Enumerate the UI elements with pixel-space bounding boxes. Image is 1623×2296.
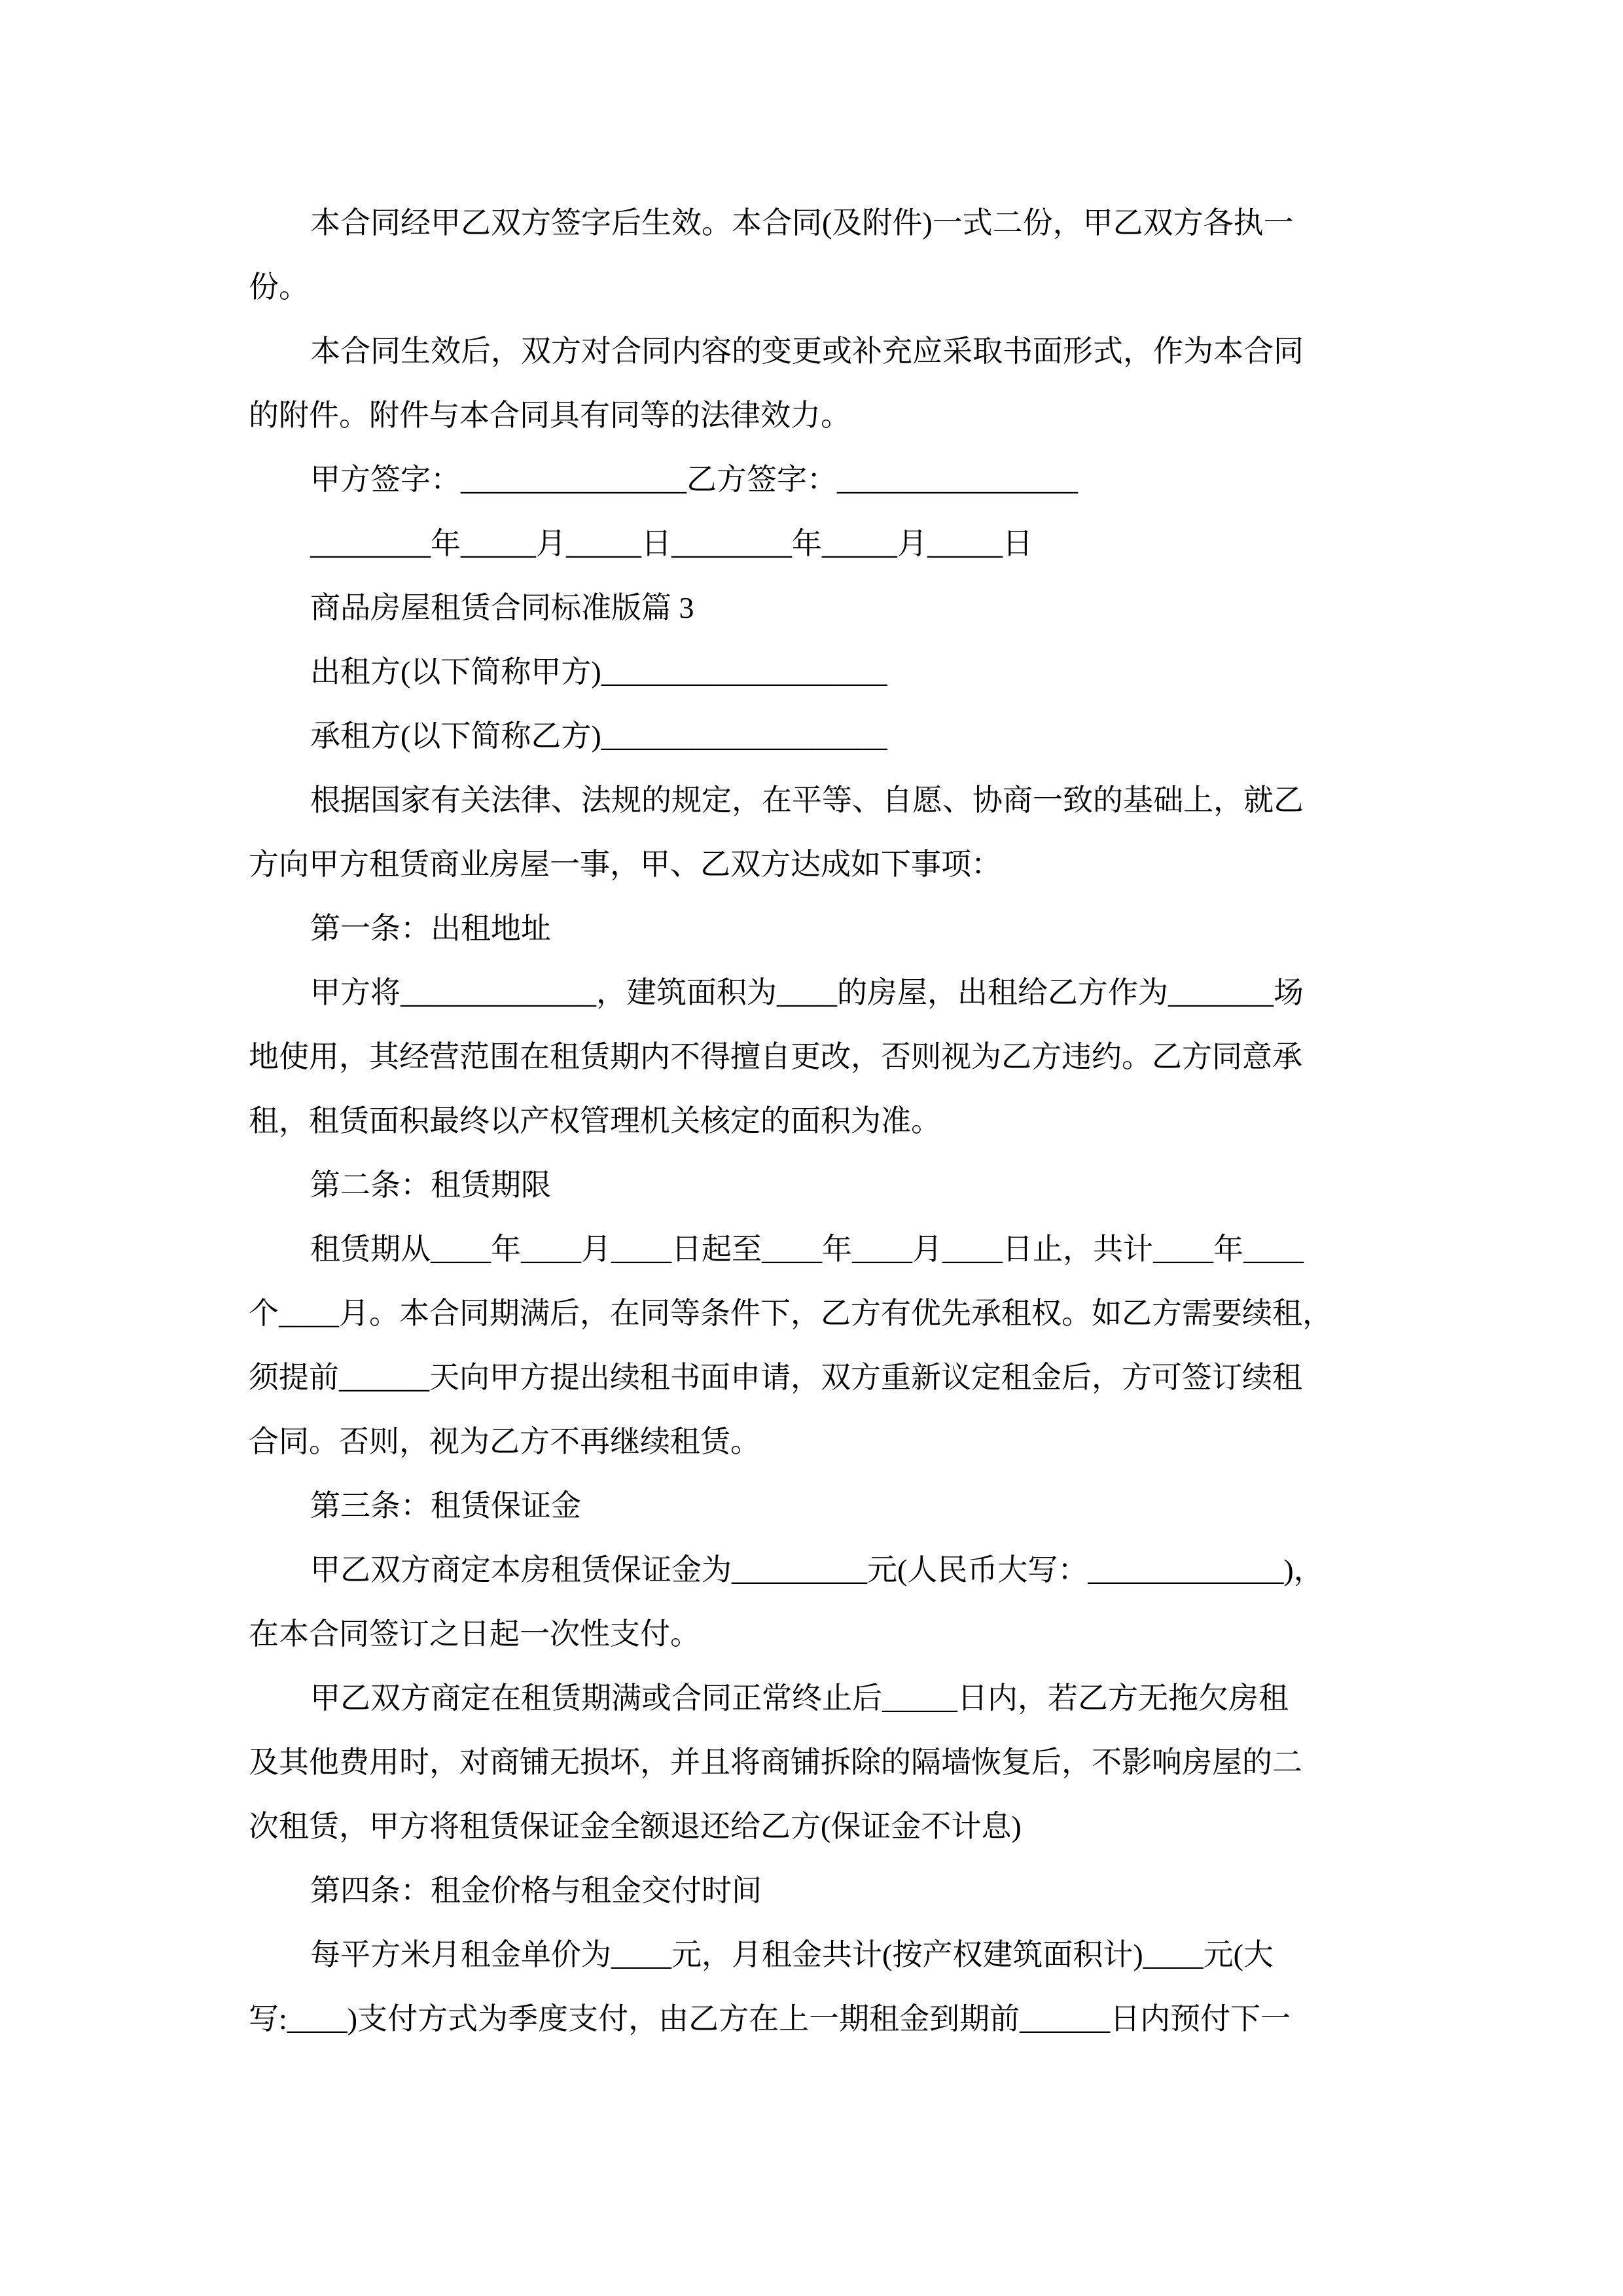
- article-1-line-3: 租，租赁面积最终以产权管理机关核定的面积为准。: [249, 1089, 1410, 1153]
- paragraph-effectiveness-line-2: 份。: [249, 255, 1410, 319]
- article-2-line-1: 租赁期从____年____月____日起至____年____月____日止，共计…: [249, 1217, 1410, 1282]
- preamble-line-1: 根据国家有关法律、法规的规定，在平等、自愿、协商一致的基础上，就乙: [249, 768, 1410, 833]
- contract-document-page: 本合同经甲乙双方签字后生效。本合同(及附件)一式二份，甲乙双方各执一 份。 本合…: [0, 0, 1623, 2296]
- signature-line: 甲方签字：_______________乙方签字：_______________…: [249, 448, 1410, 512]
- section-heading-part-3: 商品房屋租赁合同标准版篇 3: [249, 576, 1410, 640]
- article-3-line-2: 在本合同签订之日起一次性支付。: [249, 1602, 1410, 1666]
- article-3-line-5: 次租赁，甲方将租赁保证金全额退还给乙方(保证金不计息): [249, 1795, 1410, 1859]
- lessee-line: 承租方(以下简称乙方)___________________: [249, 704, 1410, 768]
- lessor-line: 出租方(以下简称甲方)___________________: [249, 640, 1410, 704]
- article-3-heading: 第三条：租赁保证金: [249, 1474, 1410, 1538]
- article-2-line-4: 合同。否则，视为乙方不再继续租赁。: [249, 1410, 1410, 1474]
- article-2-heading: 第二条：租赁期限: [249, 1153, 1410, 1217]
- contract-text-block: 本合同经甲乙双方签字后生效。本合同(及附件)一式二份，甲乙双方各执一 份。 本合…: [249, 191, 1410, 2051]
- preamble-line-2: 方向甲方租赁商业房屋一事，甲、乙双方达成如下事项：: [249, 833, 1410, 897]
- article-1-heading: 第一条：出租地址: [249, 897, 1410, 961]
- article-1-line-2: 地使用，其经营范围在租赁期内不得擅自更改，否则视为乙方违约。乙方同意承: [249, 1025, 1410, 1089]
- article-2-line-3: 须提前______天向甲方提出续租书面申请，双方重新议定租金后，方可签订续租: [249, 1346, 1410, 1410]
- article-3-line-3: 甲乙双方商定在租赁期满或合同正常终止后_____日内，若乙方无拖欠房租: [249, 1666, 1410, 1731]
- article-3-line-4: 及其他费用时，对商铺无损坏，并且将商铺拆除的隔墙恢复后，不影响房屋的二: [249, 1731, 1410, 1795]
- article-3-line-1: 甲乙双方商定本房租赁保证金为_________元(人民币大写：_________…: [249, 1538, 1410, 1602]
- article-4-line-2: 写:____)支付方式为季度支付，由乙方在上一期租金到期前______日内预付下…: [249, 1987, 1410, 2051]
- paragraph-amendment-line-2: 的附件。附件与本合同具有同等的法律效力。: [249, 384, 1410, 448]
- paragraph-amendment-line-1: 本合同生效后，双方对合同内容的变更或补充应采取书面形式，作为本合同: [249, 319, 1410, 384]
- article-4-heading: 第四条：租金价格与租金交付时间: [249, 1859, 1410, 1923]
- article-4-line-1: 每平方米月租金单价为____元，月租金共计(按产权建筑面积计)____元(大: [249, 1923, 1410, 1987]
- article-1-line-1: 甲方将_____________，建筑面积为____的房屋，出租给乙方作为___…: [249, 961, 1410, 1025]
- date-line: ________年_____月_____日________年_____月____…: [249, 512, 1410, 576]
- article-2-line-2: 个____月。本合同期满后，在同等条件下，乙方有优先承租权。如乙方需要续租，: [249, 1282, 1410, 1346]
- paragraph-effectiveness-line-1: 本合同经甲乙双方签字后生效。本合同(及附件)一式二份，甲乙双方各执一: [249, 191, 1410, 255]
